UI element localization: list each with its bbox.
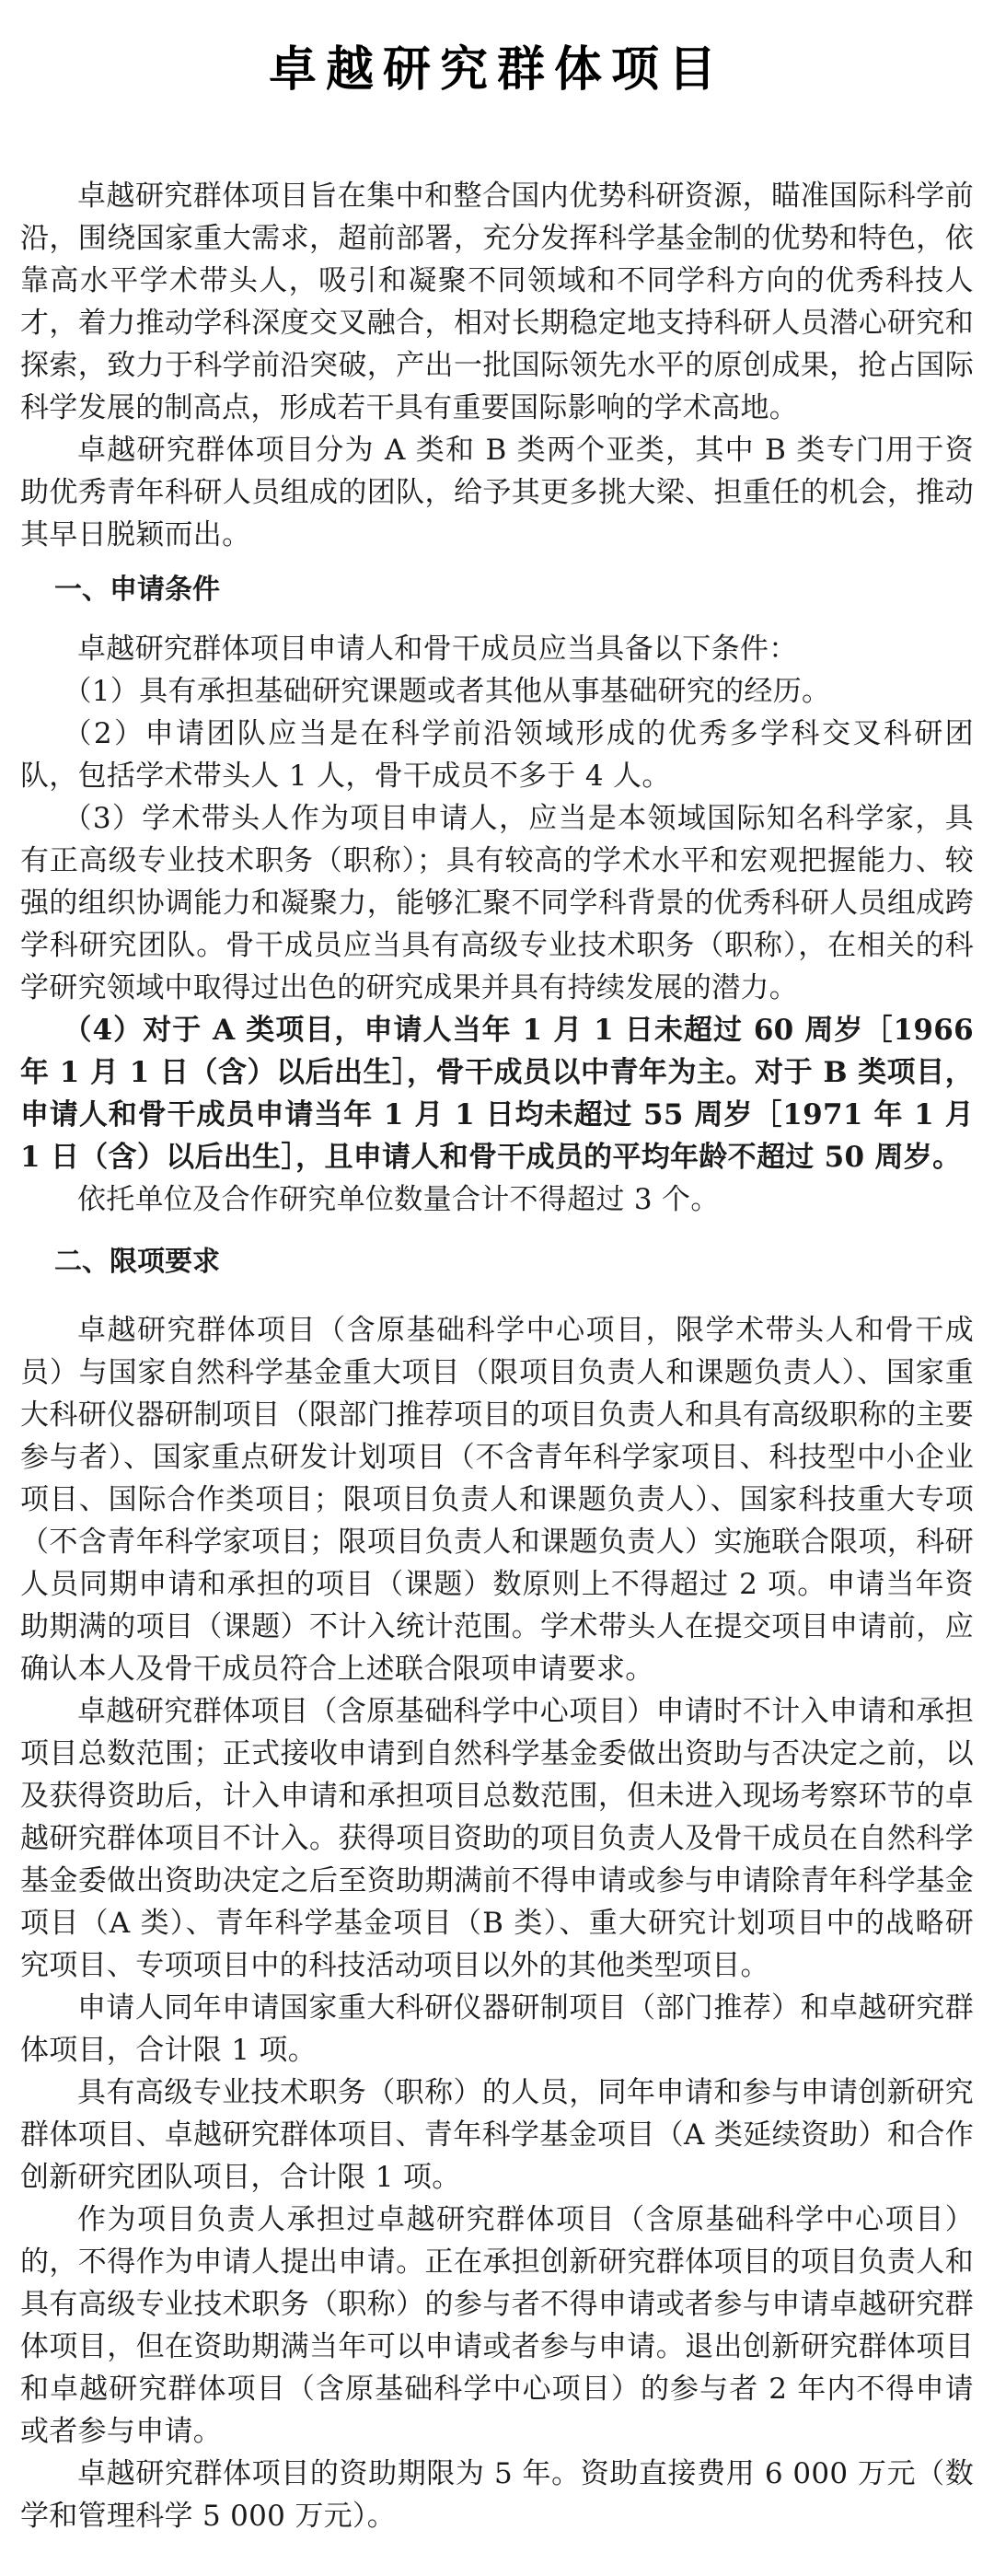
limits-paragraph-5: 作为项目负责人承担过卓越研究群体项目（含原基础科学中心项目）的，不得作为申请人提… (20, 2199, 974, 2453)
document-body: 卓越研究群体项目旨在集中和整合国内优势科研资源，瞄准国际科学前沿，围绕国家重大需… (20, 175, 974, 2537)
page-title: 卓越研究群体项目 (20, 0, 974, 140)
eligibility-item-1: （1）具有承担基础研究课题或者其他从事基础研究的经历。 (20, 670, 974, 713)
limits-paragraph-1: 卓越研究群体项目（含原基础科学中心项目，限学术带头人和骨干成员）与国家自然科学基… (20, 1309, 974, 1690)
intro-paragraph-2: 卓越研究群体项目分为 A 类和 B 类两个亚类，其中 B 类专门用于资助优秀青年… (20, 429, 974, 556)
intro-paragraph-1: 卓越研究群体项目旨在集中和整合国内优势科研资源，瞄准国际科学前沿，围绕国家重大需… (20, 175, 974, 429)
eligibility-item-3: （3）学术带头人作为项目申请人，应当是本领域国际知名科学家，具有正高级专业技术职… (20, 797, 974, 1009)
eligibility-item-2: （2）申请团队应当是在科学前沿领域形成的优秀多学科交叉科研团队，包括学术带头人 … (20, 713, 974, 797)
section-heading-eligibility: 一、申请条件 (20, 569, 974, 611)
limits-paragraph-3: 申请人同年申请国家重大科研仪器研制项目（部门推荐）和卓越研究群体项目，合计限 1… (20, 1987, 974, 2071)
limits-paragraph-2: 卓越研究群体项目（含原基础科学中心项目）申请时不计入申请和承担项目总数范围；正式… (20, 1690, 974, 1987)
funding-paragraph: 卓越研究群体项目的资助期限为 5 年。资助直接费用 6 000 万元（数学和管理… (20, 2453, 974, 2537)
eligibility-item-4: （4）对于 A 类项目，申请人当年 1 月 1 日未超过 60 周岁［1966 … (20, 1009, 974, 1178)
eligibility-note: 依托单位及合作研究单位数量合计不得超过 3 个。 (20, 1178, 974, 1221)
limits-paragraph-4: 具有高级专业技术职务（职称）的人员，同年申请和参与申请创新研究群体项目、卓越研究… (20, 2071, 974, 2199)
section-heading-limits: 二、限项要求 (20, 1241, 974, 1283)
eligibility-lead: 卓越研究群体项目申请人和骨干成员应当具备以下条件： (20, 628, 974, 670)
document-page: 卓越研究群体项目 卓越研究群体项目旨在集中和整合国内优势科研资源，瞄准国际科学前… (0, 0, 994, 2537)
